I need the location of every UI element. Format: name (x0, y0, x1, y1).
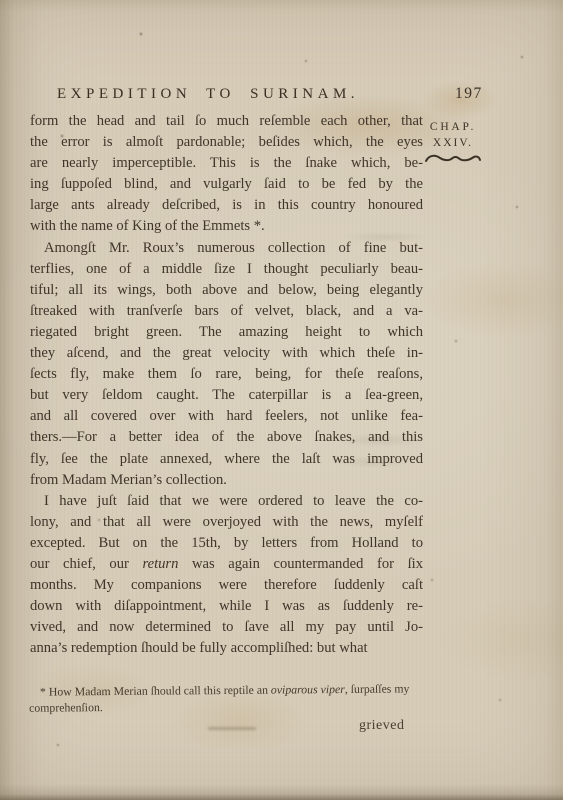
text-line: fly, ſee the plate annexed, where the la… (30, 449, 423, 470)
text-line: lony, and that all were overjoyed with t… (30, 512, 423, 533)
text-line: ſtreaked with tranſverſe bars of velvet,… (30, 301, 423, 322)
text-line: and all covered over with hard feelers, … (30, 406, 423, 427)
text-segment: and all covered over with hard feelers, … (30, 408, 423, 424)
text-line: form the head and tail ſo much reſemble … (30, 111, 423, 132)
text-line: vived, and now determined to ſave all my… (30, 617, 423, 638)
text-segment: with the name of King of the Emmets *. (30, 218, 265, 234)
text-segment: comprehenſion. (29, 700, 103, 715)
text-segment: are nearly imperceptible. This is the ſn… (30, 155, 423, 171)
text-segment: anna’s redemption ſhould be fully accomp… (30, 640, 368, 656)
text-line: I have juſt ſaid that we were ordered to… (30, 491, 423, 512)
text-line: they aſcend, and the great velocity with… (30, 343, 423, 364)
text-line: Amongſt Mr. Roux’s numerous collection o… (30, 238, 423, 259)
text-segment: the error is almoſt pardonable; beſides … (30, 134, 423, 150)
text-segment: ſects fly, make them ſo rare, being, for… (30, 366, 423, 382)
text-line: large ants already deſcribed, is in this… (30, 195, 423, 216)
ink-smudge (208, 727, 256, 730)
text-segment: thers.—For a better idea of the above ſn… (30, 429, 423, 445)
text-segment: down with diſappointment, while I was as… (30, 598, 423, 614)
text-line: from Madam Merian’s collection. (30, 470, 423, 491)
text-line: thers.—For a better idea of the above ſn… (30, 427, 423, 448)
text-segment: our chief, our (30, 556, 142, 572)
italic-text: oviparous viper (271, 682, 345, 697)
text-line: but very ſeldom caught. The caterpillar … (30, 385, 423, 406)
page-number: 197 (455, 85, 483, 103)
text-segment: terflies, one of a middle ſize I thought… (30, 261, 423, 277)
text-line: riegated bright green. The amazing heigh… (30, 322, 423, 343)
text-segment: fly, ſee the plate annexed, where the la… (30, 451, 423, 467)
text-segment: tiful; all its wings, both above and bel… (30, 282, 423, 298)
text-line: excepted. But on the 15th, by letters fr… (30, 533, 423, 554)
book-page: EXPEDITION TO SURINAM. 197 CHAP. XXIV. f… (0, 0, 563, 800)
catchword: grieved (359, 718, 404, 734)
text-segment: ſtreaked with tranſverſe bars of velvet,… (30, 303, 423, 319)
text-segment: , ſurpaſſes my (345, 681, 410, 696)
text-segment: but very ſeldom caught. The caterpillar … (30, 387, 423, 403)
text-segment: riegated bright green. The amazing heigh… (30, 324, 423, 340)
body-text: form the head and tail ſo much reſemble … (30, 111, 423, 659)
chapter-side-note: CHAP. XXIV. (421, 120, 485, 170)
text-line: tiful; all its wings, both above and bel… (30, 280, 423, 301)
text-segment: large ants already deſcribed, is in this… (30, 197, 423, 213)
text-line: anna’s redemption ſhould be fully accomp… (30, 638, 423, 659)
text-line: the error is almoſt pardonable; beſides … (30, 132, 423, 153)
text-line: down with diſappointment, while I was as… (30, 596, 423, 617)
text-segment: excepted. But on the 15th, by letters fr… (30, 535, 423, 551)
text-segment: * How Madam Merian ſhould call this rept… (40, 683, 271, 699)
text-line: comprehenſion. (29, 697, 429, 716)
text-line: terflies, one of a middle ſize I thought… (30, 259, 423, 280)
text-segment: ing ſuppoſed blind, and vulgarly ſaid to… (30, 176, 423, 192)
text-segment: they aſcend, and the great velocity with… (30, 345, 423, 361)
text-segment: lony, and that all were overjoyed with t… (30, 514, 423, 530)
text-line: our chief, our return was again counterm… (30, 554, 423, 575)
chapter-number: XXIV. (421, 136, 485, 150)
chapter-label: CHAP. (421, 120, 485, 134)
text-segment: from Madam Merian’s collection. (30, 472, 227, 488)
text-segment: months. My companions were therefore ſud… (30, 577, 423, 593)
italic-text: return (142, 556, 178, 572)
text-line: ing ſuppoſed blind, and vulgarly ſaid to… (30, 174, 423, 195)
text-segment: was again countermanded for ſix (178, 556, 423, 572)
flourish-squiggle-icon (424, 151, 482, 165)
text-line: with the name of King of the Emmets *. (30, 216, 423, 237)
text-segment: Amongſt Mr. Roux’s numerous collection o… (44, 240, 423, 256)
text-line: ſects fly, make them ſo rare, being, for… (30, 364, 423, 385)
running-header-title: EXPEDITION TO SURINAM. (57, 86, 359, 103)
text-segment: form the head and tail ſo much reſemble … (30, 113, 423, 129)
text-line: months. My companions were therefore ſud… (30, 575, 423, 596)
text-line: are nearly imperceptible. This is the ſn… (30, 153, 423, 174)
text-segment: vived, and now determined to ſave all my… (30, 619, 423, 635)
footnote: * How Madam Merian ſhould call this rept… (29, 681, 429, 715)
text-segment: I have juſt ſaid that we were ordered to… (44, 493, 423, 509)
